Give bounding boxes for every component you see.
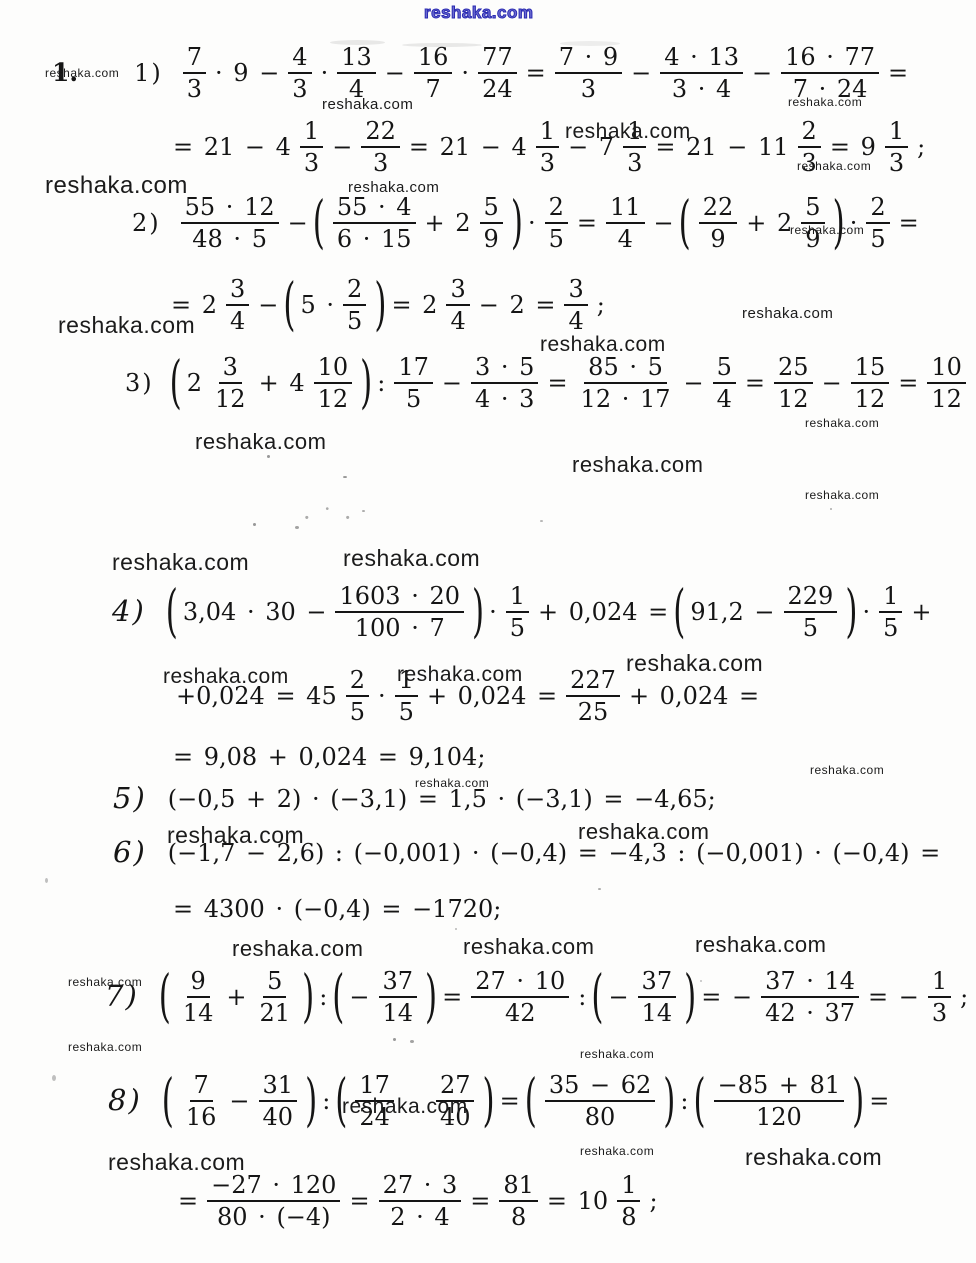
denominator: 5 <box>395 697 418 725</box>
fraction: 15 <box>879 583 902 641</box>
big-paren: ( <box>679 191 691 254</box>
problem-6-line-2: = 4300 · (−0,4) = −1720; <box>170 896 504 922</box>
fraction: 7 · 93 <box>555 44 622 102</box>
fraction: 3 · 54 · 3 <box>471 354 538 412</box>
math-text: − <box>749 60 775 86</box>
big-paren: ) <box>425 965 437 1028</box>
fraction: 43 <box>288 44 311 102</box>
fraction: 54 <box>713 354 736 412</box>
denominator: 14 <box>379 998 418 1026</box>
math-text: · ˙ · <box>300 505 355 531</box>
watermark: reshaka.com <box>810 763 884 777</box>
problem-4-line-1: 4)(3,04 · 30 −1603 · 20100 · 7)·15+ 0,02… <box>112 583 934 641</box>
fraction: 73 <box>183 44 206 102</box>
denominator: 8 <box>617 1202 640 1230</box>
scan-speck <box>830 508 832 510</box>
numerator: 16 <box>414 44 453 74</box>
big-paren: ) <box>663 1069 675 1132</box>
denominator: 25 <box>574 697 613 725</box>
numerator: −27 · 120 <box>207 1172 340 1202</box>
numerator: 1 <box>536 118 559 148</box>
math-text: − <box>439 370 465 396</box>
big-paren: ) <box>302 965 314 1028</box>
problem-8-line-1: 8)(716−3140):(17242740)=(35 − 6280):(−85… <box>108 1072 892 1130</box>
numerator: 13 <box>337 44 376 74</box>
math-text: 5 · <box>298 292 338 318</box>
fraction: 1512 <box>851 354 890 412</box>
watermark: reshaka.com <box>797 159 871 173</box>
big-paren: ( <box>166 580 178 643</box>
numerator: 10 <box>314 354 353 384</box>
scanned-math-page: 1.1)73· 9 −43·134−167·7724=7 · 93−4 · 13… <box>0 0 976 1263</box>
problem-1-line-1: 1.1)73· 9 −43·134−167·7724=7 · 93−4 · 13… <box>52 44 911 102</box>
big-paren: ) <box>845 580 857 643</box>
denominator: 12 <box>314 384 353 412</box>
denominator: 42 · 37 <box>761 998 859 1026</box>
denominator: 6 · 15 <box>333 224 416 252</box>
big-paren: ) <box>472 580 484 643</box>
denominator: 9 <box>480 224 503 252</box>
math-text: ; <box>914 134 928 160</box>
math-text: = <box>523 60 549 86</box>
watermark: reshaka.com <box>578 819 709 845</box>
numerator: 22 <box>361 118 400 148</box>
numerator: 3 <box>219 354 242 384</box>
math-text: − <box>819 370 845 396</box>
fraction: 15 <box>506 583 529 641</box>
math-text: ; <box>957 984 971 1010</box>
math-text: − <box>285 210 311 236</box>
math-text: + 4 <box>256 370 308 396</box>
math-text: = <box>346 1188 372 1214</box>
denominator: 14 <box>179 998 218 1026</box>
numerator: 4 <box>288 44 311 74</box>
numerator: 1 <box>300 118 323 148</box>
watermark: reshaka.com <box>463 934 594 960</box>
math-text: : <box>677 1088 691 1114</box>
math-text: − <box>628 60 654 86</box>
fraction: 22725 <box>566 667 620 725</box>
math-text: = 4300 · (−0,4) = −1720; <box>170 896 504 922</box>
math-text: = <box>574 210 600 236</box>
problem-label: 8) <box>108 1085 142 1117</box>
watermark: reshaka.com <box>745 1144 882 1171</box>
denominator: 4 <box>446 306 469 334</box>
math-text: · <box>458 60 472 86</box>
watermark: reshaka.com <box>68 975 142 989</box>
numerator: 2 <box>346 667 369 697</box>
denominator: 5 <box>545 224 568 252</box>
fraction: 818 <box>499 1172 538 1230</box>
fraction: 34 <box>446 276 469 334</box>
fraction: 35 − 6280 <box>545 1072 655 1130</box>
fraction: 3714 <box>638 968 677 1026</box>
math-text: − <box>651 210 677 236</box>
math-text: = − <box>698 984 755 1010</box>
denominator: 5 <box>402 384 425 412</box>
denominator: 3 · 4 <box>668 74 735 102</box>
scan-speck <box>362 510 365 512</box>
fraction: 1012 <box>314 354 353 412</box>
problem-label: 6) <box>113 837 147 869</box>
watermark: reshaka.com <box>415 776 489 790</box>
denominator: 9 <box>706 224 729 252</box>
numerator: 17 <box>394 354 433 384</box>
problem-2-line-2: = 234−(5 ·25)= 234− 2 =34; <box>168 276 608 334</box>
numerator: 31 <box>259 1072 298 1102</box>
math-text: − <box>255 292 281 318</box>
denominator: 5 <box>799 613 822 641</box>
numerator: 5 <box>713 354 736 384</box>
denominator: 4 <box>614 224 637 252</box>
scan-speck <box>343 476 347 478</box>
fraction: 13 <box>300 118 323 176</box>
fraction: 25 <box>545 194 568 252</box>
math-text: = 9 <box>827 134 879 160</box>
fraction: 2295 <box>784 583 838 641</box>
big-paren: ( <box>283 273 295 336</box>
numerator: 25 <box>774 354 813 384</box>
denominator: 3 <box>536 148 559 176</box>
math-text: = 2 <box>388 292 440 318</box>
fraction: 223 <box>361 118 400 176</box>
denominator: 3 <box>288 74 311 102</box>
numerator: 55 · 12 <box>181 194 279 224</box>
watermark: reshaka.com <box>45 66 119 80</box>
fraction: 7724 <box>478 44 517 102</box>
fraction: 229 <box>699 194 738 252</box>
numerator: 55 · 4 <box>333 194 416 224</box>
numerator: 7 · 9 <box>555 44 622 74</box>
big-paren: ( <box>162 1069 174 1132</box>
numerator: 7 <box>190 1072 213 1102</box>
denominator: 40 <box>259 1102 298 1130</box>
numerator: 81 <box>499 1172 538 1202</box>
denominator: 120 <box>752 1102 806 1130</box>
numerator: 3 <box>564 276 587 306</box>
denominator: 12 <box>927 384 966 412</box>
numerator: 22 <box>699 194 738 224</box>
math-text: + <box>908 599 934 625</box>
problem-label: 2) <box>132 210 161 236</box>
denominator: 4 · 3 <box>471 384 538 412</box>
watermark-blue: reshaka.com <box>424 3 533 23</box>
math-text: = <box>972 370 976 396</box>
math-text: = 21 − 4 <box>406 134 530 160</box>
watermark: reshaka.com <box>68 1040 142 1054</box>
scan-speck <box>267 455 270 458</box>
math-text: ; <box>594 292 608 318</box>
math-text: · <box>859 599 873 625</box>
math-text: − <box>681 370 707 396</box>
fraction: 34 <box>564 276 587 334</box>
numerator: 1 <box>928 968 951 998</box>
watermark: reshaka.com <box>580 1047 654 1061</box>
numerator: 1 <box>506 583 529 613</box>
math-text: 91,2 − <box>687 599 777 625</box>
denominator: 5 <box>506 613 529 641</box>
denominator: 12 <box>851 384 890 412</box>
denominator: 24 <box>478 74 517 102</box>
math-text: = <box>544 370 570 396</box>
watermark: reshaka.com <box>805 416 879 430</box>
numerator: 27 · 10 <box>471 968 569 998</box>
watermark: reshaka.com <box>790 223 864 237</box>
numerator: 27 · 3 <box>379 1172 462 1202</box>
scan-speck <box>393 1038 396 1041</box>
denominator: 3 <box>577 74 600 102</box>
math-text: · 9 − <box>212 60 282 86</box>
fraction: 85 · 512 · 17 <box>577 354 675 412</box>
fraction: 59 <box>480 194 503 252</box>
numerator: 15 <box>851 354 890 384</box>
fraction: 25 <box>866 194 889 252</box>
denominator: 12 · 17 <box>577 384 675 412</box>
denominator: 48 · 5 <box>188 224 271 252</box>
fraction: 18 <box>617 1172 640 1230</box>
numerator: 11 <box>606 194 645 224</box>
numerator: 37 <box>379 968 418 998</box>
scan-speck <box>410 1040 414 1043</box>
numerator: 3 <box>446 276 469 306</box>
watermark: reshaka.com <box>348 179 439 196</box>
math-text: 3,04 · 30 − <box>180 599 330 625</box>
numerator: 1603 · 20 <box>335 583 464 613</box>
denominator: 5 <box>879 613 902 641</box>
math-text: − <box>346 984 372 1010</box>
scan-speck <box>540 520 543 522</box>
fraction: 4 · 133 · 4 <box>660 44 743 102</box>
scan-speck <box>295 526 299 529</box>
math-text: − 2 = <box>476 292 559 318</box>
denominator: 3 <box>623 148 646 176</box>
problem-3-line-1: 3)(2312+ 41012):175−3 · 54 · 3=85 · 512 … <box>125 354 976 412</box>
denominator: 12 <box>774 384 813 412</box>
math-text: : <box>316 984 330 1010</box>
numerator: 35 − 62 <box>545 1072 655 1102</box>
decorative-dots-row: · ˙ · <box>300 505 355 531</box>
big-paren: ( <box>673 580 685 643</box>
fraction: 13 <box>928 968 951 1026</box>
numerator: 2 <box>343 276 366 306</box>
denominator: 42 <box>501 998 540 1026</box>
watermark: reshaka.com <box>742 305 833 322</box>
numerator: 5 <box>801 194 824 224</box>
math-text: · <box>318 60 332 86</box>
fraction: 175 <box>394 354 433 412</box>
watermark: reshaka.com <box>167 822 304 849</box>
math-text: − <box>226 1088 252 1114</box>
fraction: 37 · 1442 · 37 <box>761 968 859 1026</box>
math-text: = <box>866 1088 892 1114</box>
math-text: · <box>486 599 500 625</box>
math-text: − <box>329 134 355 160</box>
denominator: 14 <box>638 998 677 1026</box>
math-text: : <box>374 370 388 396</box>
numerator: 7 <box>183 44 206 74</box>
math-text: − <box>605 984 631 1010</box>
math-text: = <box>439 984 465 1010</box>
math-text: · <box>375 683 389 709</box>
numerator: 2 <box>866 194 889 224</box>
problem-label: 5) <box>113 783 147 815</box>
numerator: 3 <box>226 276 249 306</box>
numerator: 9 <box>187 968 210 998</box>
math-text: = <box>467 1188 493 1214</box>
big-paren: ( <box>313 191 325 254</box>
fraction: 3714 <box>379 968 418 1026</box>
denominator: 100 · 7 <box>351 613 449 641</box>
fraction: 13 <box>536 118 559 176</box>
watermark: reshaka.com <box>695 932 826 958</box>
math-text: + 2 <box>743 210 795 236</box>
fraction: 55 · 1248 · 5 <box>181 194 279 252</box>
problem-8-line-2: =−27 · 12080 · (−4)=27 · 32 · 4=818= 101… <box>175 1172 661 1230</box>
numerator: 16 · 77 <box>781 44 879 74</box>
fraction: 16 · 777 · 24 <box>781 44 879 102</box>
denominator: 3 <box>369 148 392 176</box>
fraction: 27 · 1042 <box>471 968 569 1026</box>
math-text: = <box>175 1188 201 1214</box>
watermark: reshaka.com <box>580 1144 654 1158</box>
numerator: 10 <box>927 354 966 384</box>
fraction: 521 <box>256 968 295 1026</box>
numerator: 1 <box>617 1172 640 1202</box>
problem-7-line-1: 7)(914+521):(−3714)=27 · 1042:(−3714)= −… <box>105 968 971 1026</box>
math-text: + 0,024 = <box>626 683 762 709</box>
big-paren: ( <box>591 965 603 1028</box>
math-text: + 2 <box>422 210 474 236</box>
watermark: reshaka.com <box>112 549 249 576</box>
numerator: 4 · 13 <box>660 44 743 74</box>
big-paren: ) <box>360 351 372 414</box>
denominator: 3 <box>183 74 206 102</box>
denominator: 12 <box>211 384 250 412</box>
problem-label: 1) <box>134 60 163 86</box>
watermark: reshaka.com <box>163 665 289 689</box>
numerator: 3 · 5 <box>471 354 538 384</box>
math-text: = − <box>865 984 922 1010</box>
fraction: 1012 <box>927 354 966 412</box>
denominator: 80 · (−4) <box>213 1202 335 1230</box>
math-text: = <box>896 210 922 236</box>
math-text: + 0,024 = <box>535 599 671 625</box>
watermark: reshaka.com <box>540 333 666 357</box>
fraction: 1603 · 20100 · 7 <box>335 583 464 641</box>
big-paren: ( <box>159 965 171 1028</box>
math-text: 2 <box>184 370 205 396</box>
watermark: reshaka.com <box>195 429 326 455</box>
fraction: 13 <box>885 118 908 176</box>
fraction: 167 <box>414 44 453 102</box>
numerator: 227 <box>566 667 620 697</box>
fraction: 114 <box>606 194 645 252</box>
big-paren: ( <box>693 1069 705 1132</box>
watermark: reshaka.com <box>322 96 413 113</box>
scan-speck <box>45 878 48 883</box>
big-paren: ) <box>511 191 523 254</box>
denominator: 3 <box>885 148 908 176</box>
denominator: 5 <box>866 224 889 252</box>
big-paren: ( <box>170 351 182 414</box>
fraction: 25 <box>346 667 369 725</box>
denominator: 7 <box>422 74 445 102</box>
big-paren: ) <box>852 1069 864 1132</box>
denominator: 4 <box>713 384 736 412</box>
math-text: = <box>497 1088 523 1114</box>
fraction: −85 + 81120 <box>714 1072 845 1130</box>
denominator: 8 <box>507 1202 530 1230</box>
math-text: + <box>223 984 249 1010</box>
math-text: = <box>742 370 768 396</box>
big-paren: ) <box>305 1069 317 1132</box>
denominator: 2 · 4 <box>386 1202 453 1230</box>
fraction: −27 · 12080 · (−4) <box>207 1172 340 1230</box>
numerator: 2 <box>798 118 821 148</box>
watermark: reshaka.com <box>626 650 763 677</box>
watermark: reshaka.com <box>397 663 523 687</box>
problem-label: 4) <box>112 596 146 628</box>
fraction: 914 <box>179 968 218 1026</box>
watermark: reshaka.com <box>342 1095 468 1119</box>
math-text: = 10 <box>544 1188 611 1214</box>
math-text: : <box>319 1088 333 1114</box>
scan-speck <box>598 888 601 890</box>
scan-speck <box>455 928 457 930</box>
watermark: reshaka.com <box>805 488 879 502</box>
math-text: = <box>885 60 911 86</box>
fraction: 55 · 46 · 15 <box>333 194 416 252</box>
big-paren: ) <box>684 965 696 1028</box>
denominator: 4 <box>226 306 249 334</box>
watermark: reshaka.com <box>788 95 862 109</box>
numerator: 1 <box>879 583 902 613</box>
big-paren: ) <box>482 1069 494 1132</box>
watermark: reshaka.com <box>572 452 703 478</box>
denominator: 5 <box>346 697 369 725</box>
fraction: 2512 <box>774 354 813 412</box>
big-paren: ( <box>525 1069 537 1132</box>
big-paren: ( <box>332 965 344 1028</box>
numerator: 5 <box>480 194 503 224</box>
problem-label: 3) <box>125 370 154 396</box>
scan-speck <box>253 523 256 526</box>
fraction: 34 <box>226 276 249 334</box>
denominator: 3 <box>928 998 951 1026</box>
watermark: reshaka.com <box>108 1149 245 1176</box>
numerator: 85 · 5 <box>584 354 667 384</box>
watermark: reshaka.com <box>343 545 480 572</box>
fraction: 27 · 32 · 4 <box>379 1172 462 1230</box>
math-text: − <box>382 60 408 86</box>
math-text: : <box>575 984 589 1010</box>
numerator: 37 <box>638 968 677 998</box>
problem-4-line-3: = 9,08 + 0,024 = 9,104; <box>170 744 488 770</box>
fraction: 716 <box>182 1072 221 1130</box>
denominator: 5 <box>343 306 366 334</box>
numerator: 2 <box>545 194 568 224</box>
numerator: 5 <box>263 968 286 998</box>
watermark: reshaka.com <box>565 120 691 144</box>
numerator: 229 <box>784 583 838 613</box>
big-paren: ) <box>374 273 386 336</box>
denominator: 3 <box>300 148 323 176</box>
numerator: −85 + 81 <box>714 1072 845 1102</box>
fraction: 134 <box>337 44 376 102</box>
watermark: reshaka.com <box>45 172 188 200</box>
denominator: 21 <box>256 998 295 1026</box>
fraction: 3140 <box>259 1072 298 1130</box>
